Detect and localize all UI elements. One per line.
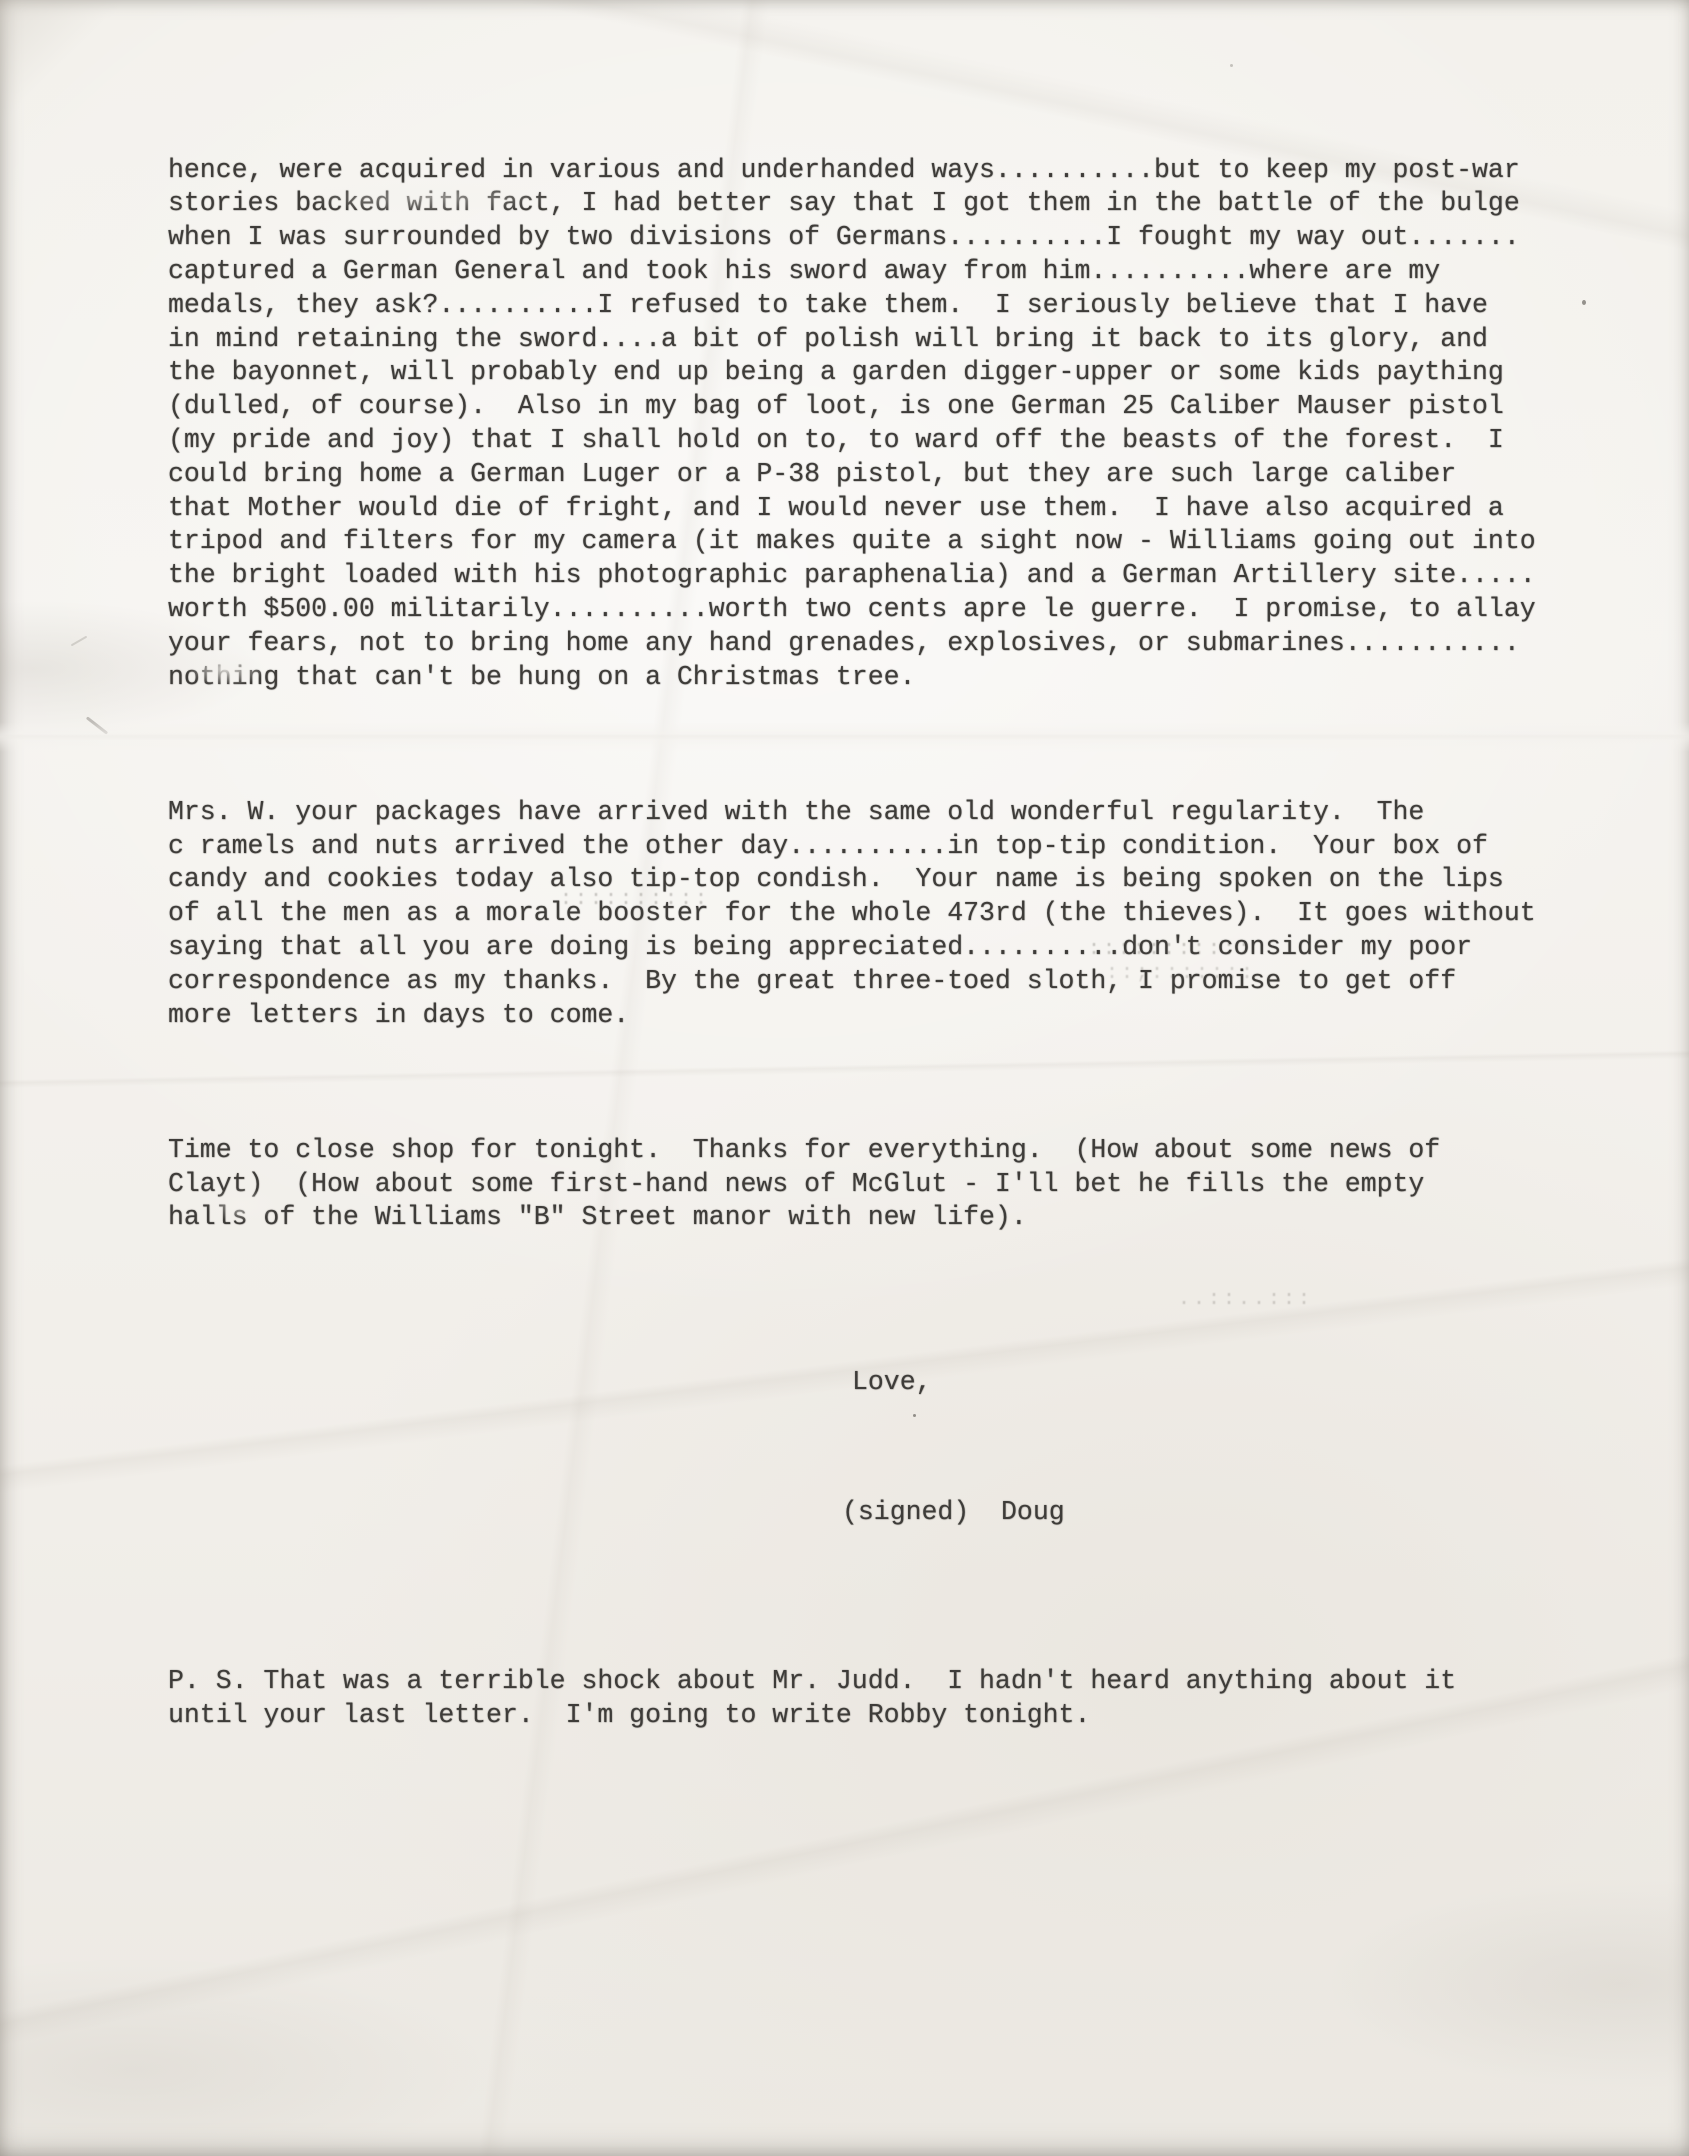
- letter-line: worth $500.00 militarily..........worth …: [168, 593, 1628, 627]
- letter-body: hence, were acquired in various and unde…: [168, 86, 1628, 1800]
- letter-line: P. S. That was a terrible shock about Mr…: [168, 1665, 1628, 1699]
- letter-line: that Mother would die of fright, and I w…: [168, 492, 1628, 526]
- letter-line: your fears, not to bring home any hand g…: [168, 627, 1628, 661]
- letter-line: Mrs. W. your packages have arrived with …: [168, 796, 1628, 830]
- closing-salutation: Love,: [852, 1366, 1628, 1400]
- letter-line: c ramels and nuts arrived the other day.…: [168, 830, 1628, 864]
- letter-line: when I was surrounded by two divisions o…: [168, 221, 1628, 255]
- letter-line: medals, they ask?..........I refused to …: [168, 289, 1628, 323]
- letter-line: (dulled, of course). Also in my bag of l…: [168, 390, 1628, 424]
- letter-line: halls of the Williams "B" Street manor w…: [168, 1201, 1628, 1235]
- letter-line: stories backed with fact, I had better s…: [168, 187, 1628, 221]
- letter-paragraph-3: Time to close shop for tonight. Thanks f…: [168, 1134, 1628, 1235]
- letter-line: until your last letter. I'm going to wri…: [168, 1699, 1628, 1733]
- letter-line: hence, were acquired in various and unde…: [168, 154, 1628, 188]
- postscript: P. S. That was a terrible shock about Mr…: [168, 1665, 1628, 1733]
- letter-line: the bayonnet, will probably end up being…: [168, 356, 1628, 390]
- ink-speck: [1230, 64, 1233, 67]
- letter-line: more letters in days to come.: [168, 999, 1628, 1033]
- letter-paragraph-1: hence, were acquired in various and unde…: [168, 154, 1628, 695]
- letter-line: (my pride and joy) that I shall hold on …: [168, 424, 1628, 458]
- letter-line: captured a German General and took his s…: [168, 255, 1628, 289]
- scanned-letter-page: :::::::::: ::::::::::: ::;::::::: ..::..…: [0, 0, 1689, 2156]
- letter-line: tripod and filters for my camera (it mak…: [168, 525, 1628, 559]
- fold-mark: [71, 636, 88, 647]
- fold-mark: [86, 716, 108, 734]
- letter-line: in mind retaining the sword....a bit of …: [168, 323, 1628, 357]
- letter-paragraph-2: Mrs. W. your packages have arrived with …: [168, 796, 1628, 1033]
- letter-line: could bring home a German Luger or a P-3…: [168, 458, 1628, 492]
- letter-line: the bright loaded with his photographic …: [168, 559, 1628, 593]
- letter-line: saying that all you are doing is being a…: [168, 931, 1628, 965]
- letter-line: correspondence as my thanks. By the grea…: [168, 965, 1628, 999]
- letter-line: candy and cookies today also tip-top con…: [168, 863, 1628, 897]
- letter-line: Clayt) (How about some first-hand news o…: [168, 1168, 1628, 1202]
- letter-line: Time to close shop for tonight. Thanks f…: [168, 1134, 1628, 1168]
- closing-signature: (signed) Doug: [842, 1496, 1628, 1530]
- letter-line: of all the men as a morale booster for t…: [168, 897, 1628, 931]
- letter-line: nothing that can't be hung on a Christma…: [168, 661, 1628, 695]
